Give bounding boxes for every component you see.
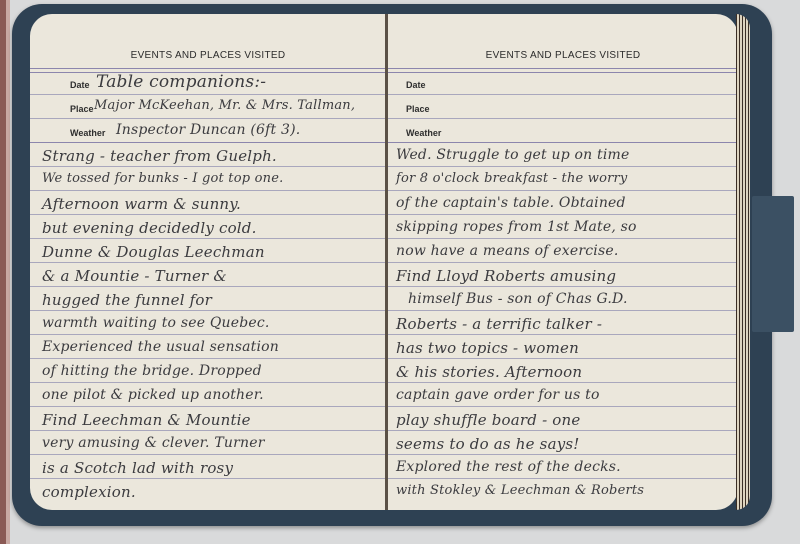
rule-line	[30, 382, 386, 383]
handwritten-line: Find Leechman & Mountie	[42, 411, 251, 429]
rule-line	[388, 430, 738, 431]
left-page-header: EVENTS AND PLACES VISITED	[30, 50, 386, 61]
handwritten-line: Major McKeehan, Mr. & Mrs. Tallman,	[94, 98, 355, 113]
place-label: Place	[70, 104, 94, 114]
cover-clasp-tab	[752, 196, 794, 332]
rule-line	[388, 406, 738, 407]
rule-line	[30, 430, 386, 431]
rule-line	[30, 478, 386, 479]
handwritten-line: captain gave order for us to	[396, 387, 600, 403]
left-page: EVENTS AND PLACES VISITED Date Place Wea…	[30, 14, 386, 510]
rule-line	[30, 310, 386, 311]
frame-edge-inner	[6, 0, 10, 544]
rule-line	[388, 358, 738, 359]
rule-line	[388, 214, 738, 215]
rule-line	[388, 478, 738, 479]
rule-line	[30, 358, 386, 359]
date-label: Date	[70, 80, 90, 90]
handwritten-line: Find Lloyd Roberts amusing	[396, 267, 616, 285]
handwritten-line: We tossed for bunks - I got top one.	[42, 171, 283, 186]
right-page: EVENTS AND PLACES VISITED Date Place Wea…	[388, 14, 738, 510]
date-label: Date	[406, 80, 426, 90]
handwritten-line: himself Bus - son of Chas G.D.	[408, 291, 628, 307]
rule-line	[30, 94, 386, 95]
handwritten-line: for 8 o'clock breakfast - the worry	[396, 171, 627, 186]
rule-line	[388, 142, 738, 143]
handwritten-line: is a Scotch lad with rosy	[42, 459, 233, 477]
rule-line	[388, 94, 738, 95]
handwritten-line: Experienced the usual sensation	[42, 339, 279, 355]
handwritten-line: complexion.	[42, 483, 136, 501]
handwritten-line: Wed. Struggle to get up on time	[396, 147, 629, 163]
handwritten-line: Dunne & Douglas Leechman	[42, 243, 265, 261]
rule-line	[388, 310, 738, 311]
place-label: Place	[406, 104, 430, 114]
rule-line	[30, 214, 386, 215]
rule-line	[30, 454, 386, 455]
handwritten-line: seems to do as he says!	[396, 435, 580, 453]
handwritten-line: warmth waiting to see Quebec.	[42, 315, 270, 331]
weather-label: Weather	[70, 128, 105, 138]
handwritten-line: of the captain's table. Obtained	[396, 195, 626, 211]
handwritten-line: has two topics - women	[396, 339, 579, 357]
rule-line	[388, 118, 738, 119]
rule-line	[388, 166, 738, 167]
rule-line	[30, 118, 386, 119]
rule-line	[388, 382, 738, 383]
handwritten-line: & a Mountie - Turner &	[42, 267, 227, 285]
handwritten-line: with Stokley & Leechman & Roberts	[396, 483, 644, 498]
rule-line	[30, 262, 386, 263]
handwritten-line: of hitting the bridge. Dropped	[42, 363, 262, 379]
handwritten-line: Strang - teacher from Guelph.	[42, 147, 277, 165]
rule-line	[388, 238, 738, 239]
handwritten-line: & his stories. Afternoon	[396, 363, 582, 381]
handwritten-line: very amusing & clever. Turner	[42, 435, 265, 451]
header-rule	[388, 68, 738, 73]
handwritten-line: Roberts - a terrific talker -	[396, 315, 602, 333]
handwritten-line: Table companions:-	[96, 72, 266, 92]
page-edges	[736, 14, 750, 510]
rule-line	[30, 190, 386, 191]
rule-line	[30, 334, 386, 335]
rule-line	[388, 262, 738, 263]
rule-line	[30, 286, 386, 287]
rule-line	[30, 142, 386, 143]
rule-line	[388, 334, 738, 335]
handwritten-line: Afternoon warm & sunny.	[42, 195, 241, 213]
handwritten-line: but evening decidedly cold.	[42, 219, 257, 237]
handwritten-line: now have a means of exercise.	[396, 243, 619, 259]
weather-label: Weather	[406, 128, 441, 138]
handwritten-line: one pilot & picked up another.	[42, 387, 264, 403]
handwritten-line: skipping ropes from 1st Mate, so	[396, 219, 637, 235]
handwritten-line: hugged the funnel for	[42, 291, 212, 309]
rule-line	[30, 238, 386, 239]
handwritten-line: Inspector Duncan (6ft 3).	[116, 122, 300, 138]
handwritten-line: Explored the rest of the decks.	[396, 459, 621, 475]
rule-line	[30, 406, 386, 407]
handwritten-line: play shuffle board - one	[396, 411, 580, 429]
right-page-header: EVENTS AND PLACES VISITED	[388, 50, 738, 61]
rule-line	[30, 166, 386, 167]
rule-line	[388, 190, 738, 191]
rule-line	[388, 286, 738, 287]
rule-line	[388, 454, 738, 455]
